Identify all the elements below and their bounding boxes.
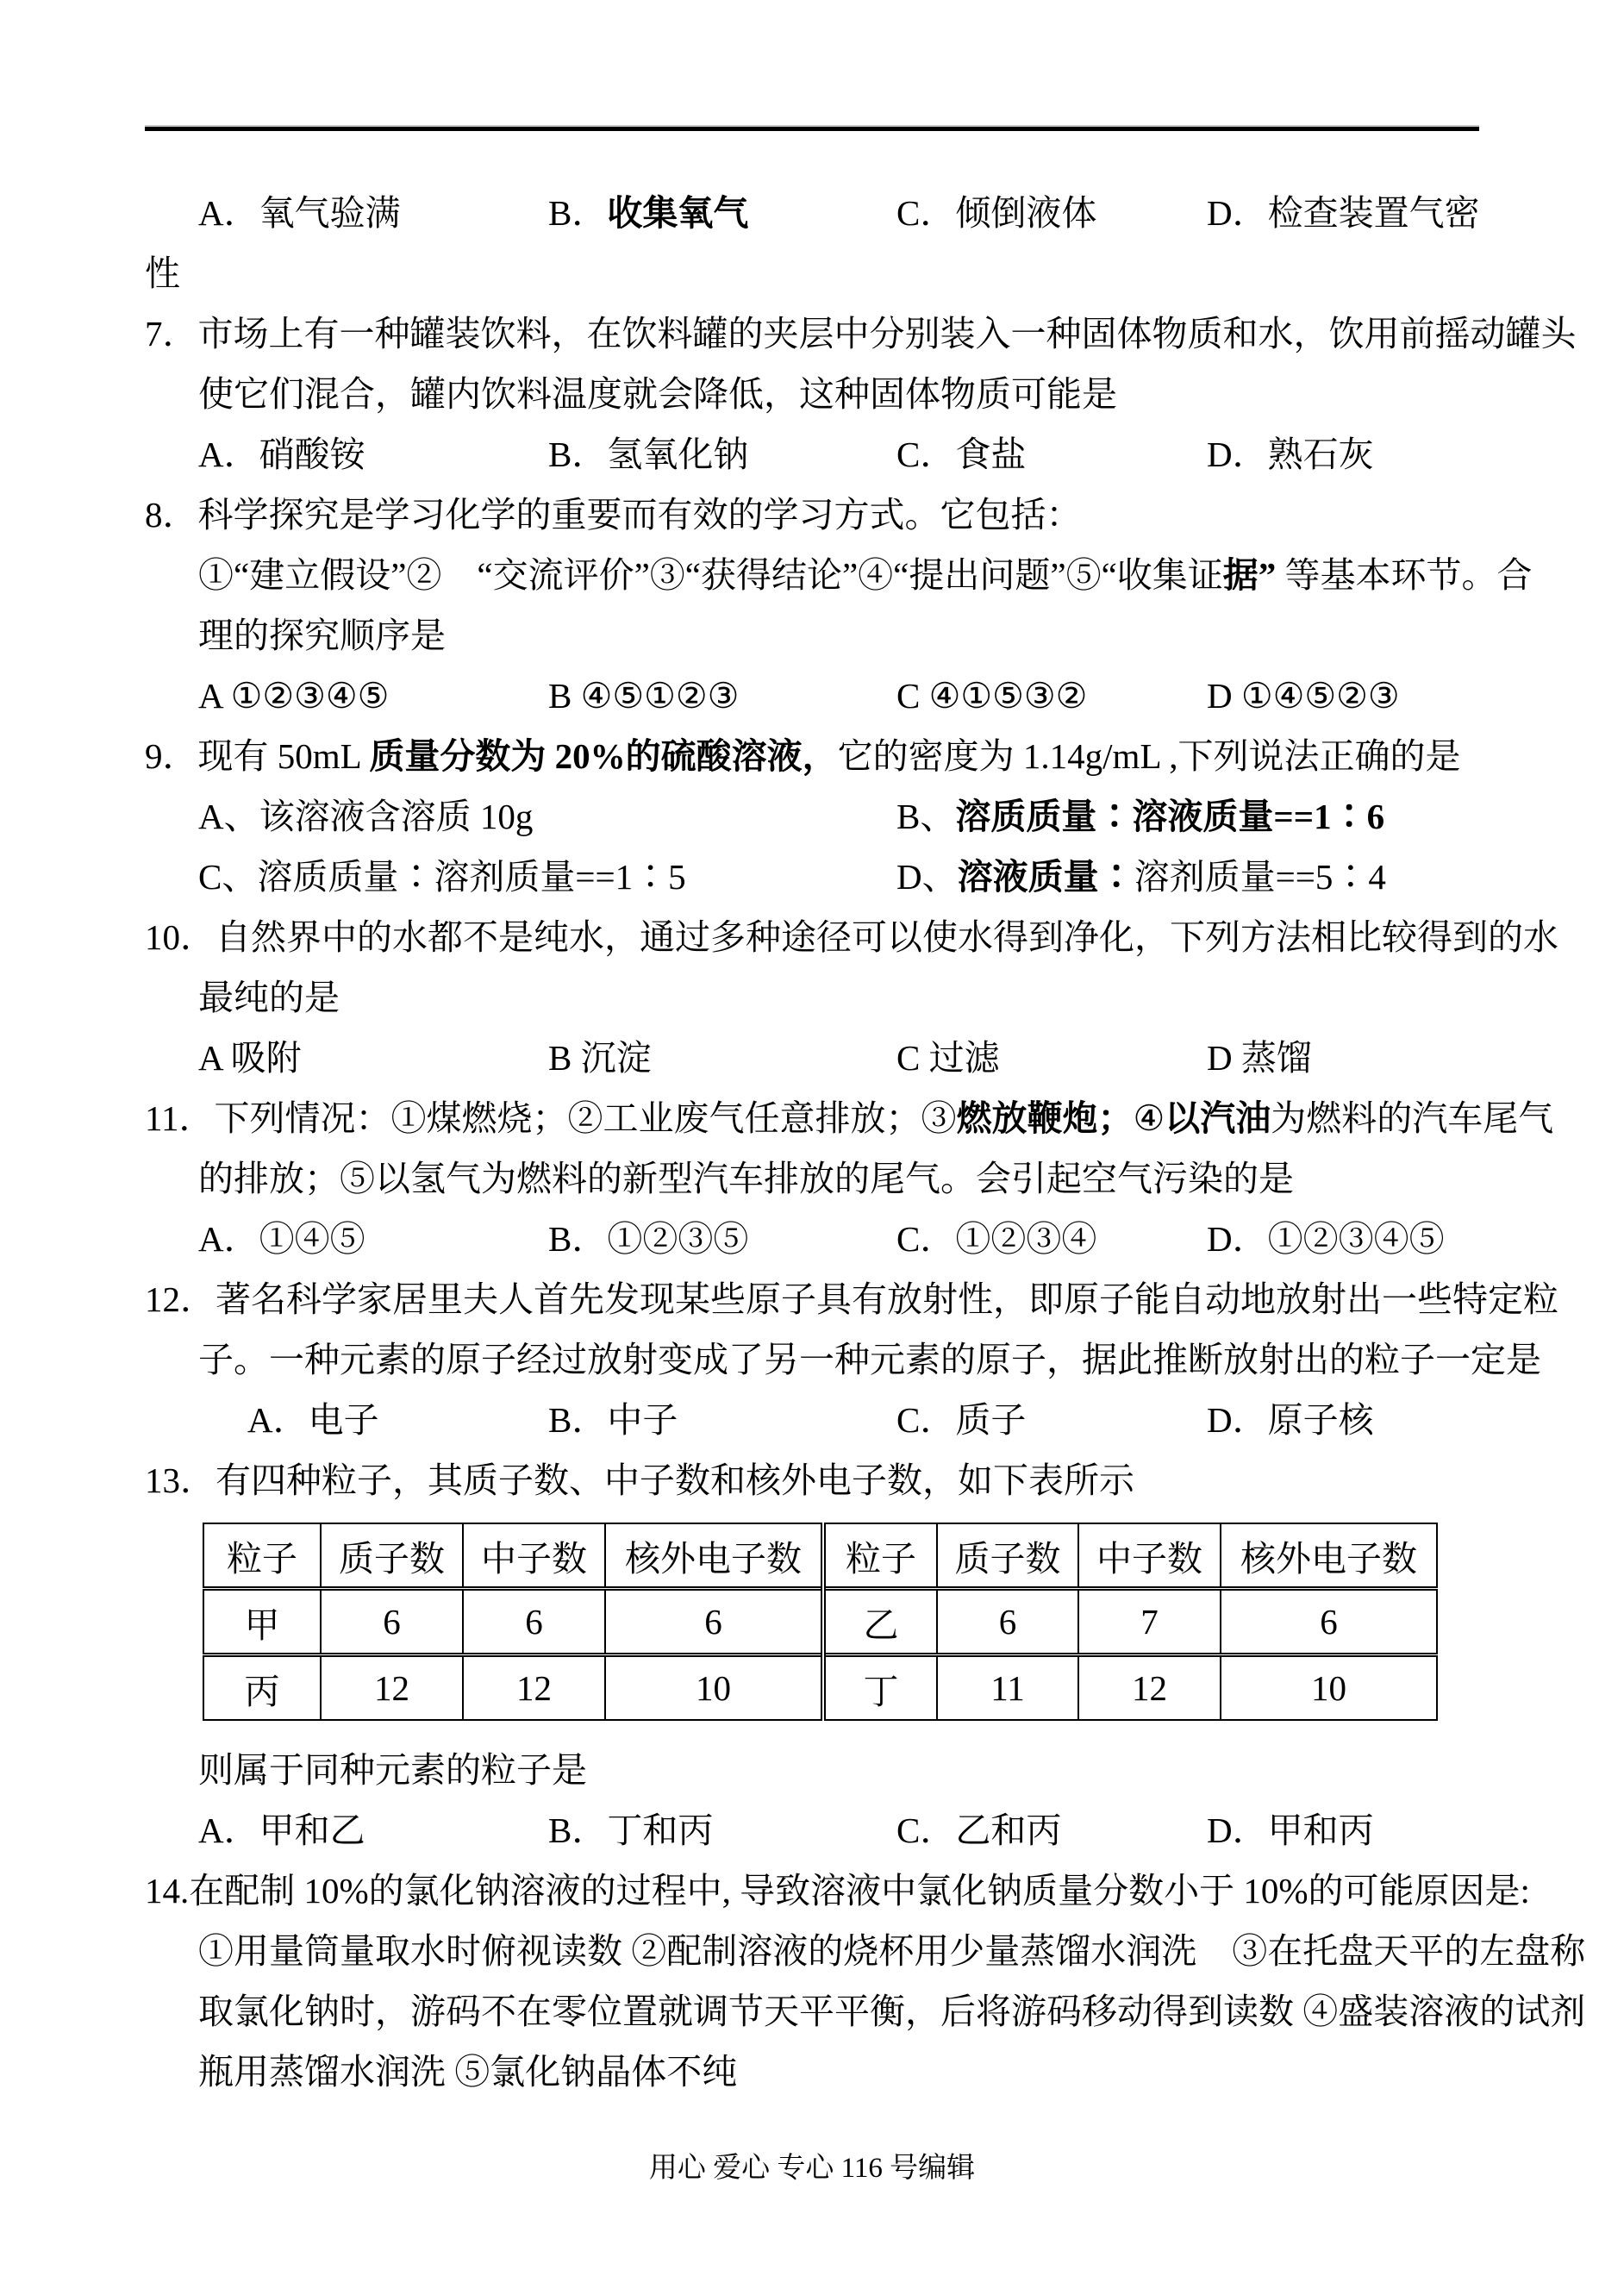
text-run: 质量分数为 20%的硫酸溶液， [369,736,837,776]
table-cell: 10 [1221,1655,1437,1721]
q9-option-a: A、该溶液含溶质 10g [198,786,533,847]
text-run: A、该溶液含溶质 10g [198,797,533,836]
text-run: 等基本环节。合 [1276,555,1532,595]
q6-option-d: D．检查装置气密 [1207,183,1480,243]
text-run: 据” [1223,555,1277,595]
q11-option-a: A．①④⑤ [198,1209,365,1269]
text-run: ①用量筒量取水时俯视读数 ②配制溶液的烧杯用少量蒸馏水润洗 ③在托盘天平的左盘称 [198,1931,1585,1971]
q12-stem-line-2: 子。一种元素的原子经过放射变成了另一种元素的原子，据此推断放射出的粒子一定是 [145,1329,1483,1390]
q6-option-b: B．收集氧气 [548,183,748,243]
text-run: C 过滤 [896,1038,1000,1078]
table-header-cell: 核外电子数 [1221,1523,1437,1589]
text-run: C．乙和丙 [896,1810,1061,1850]
header-rule [145,125,1479,131]
table-cell: 12 [463,1655,605,1721]
text-run: 则属于同种元素的粒子是 [198,1750,587,1790]
document-content: A．氧气验满B．收集氧气C．倾倒液体D．检查装置气密性7．市场上有一种罐装饮料，… [145,183,1483,2102]
q9-options-row-1: A、该溶液含溶质 10gB、溶质质量∶溶液质量==1∶6 [145,786,1483,847]
q7-stem-line-1: 7．市场上有一种罐装饮料，在饮料罐的夹层中分别装入一种固体物质和水，饮用前摇动罐… [145,303,1483,364]
text-run: 燃放鞭炮； [956,1098,1133,1138]
q9-option-c: C、溶质质量∶溶剂质量==1∶5 [198,847,686,907]
text-run: B、 [896,797,955,836]
q13-stem: 13．有四种粒子，其质子数、中子数和核外电子数，如下表所示 [145,1450,1483,1510]
q11-options-row: A．①④⑤B．①②③⑤C．①②③④D．①②③④⑤ [145,1209,1483,1269]
table-cell: 11 [937,1655,1078,1721]
text-run: 性 [145,253,180,293]
text-run: 8．科学探究是学习化学的重要而有效的学习方式。它包括： [145,495,1082,535]
q8-option-c: C ④①⑤③② [896,666,1087,726]
table-cell: 6 [605,1589,823,1655]
q12-option-a: A．电子 [247,1390,379,1450]
text-run: B．①②③⑤ [548,1219,748,1259]
table-cell: 10 [605,1655,823,1721]
table-cell: 6 [1221,1589,1437,1655]
page-footer: 用心 爱心 专心 116 号编辑 [0,2138,1624,2198]
q7-option-b: B．氢氧化钠 [548,424,748,485]
text-run: A 吸附 [198,1038,302,1078]
q13-options-row: A．甲和乙B．丁和丙C．乙和丙D．甲和丙 [145,1800,1483,1860]
text-run: C、溶质质量∶溶剂质量==1∶5 [198,857,686,897]
q13-particles-table: 粒子质子数中子数核外电子数粒子质子数中子数核外电子数甲666乙676丙12121… [203,1523,1438,1721]
q13-option-a: A．甲和乙 [198,1800,365,1860]
table-header-cell: 中子数 [463,1523,605,1589]
text-run: D．①②③④⑤ [1207,1219,1445,1259]
text-run: A ①②③④⑤ [198,676,389,716]
text-run: 10．自然界中的水都不是纯水，通过多种途径可以使水得到净化，下列方法相比较得到的… [145,917,1558,957]
table-cell: 丁 [823,1655,937,1721]
q11-stem-line-1: 11．下列情况：①煤燃烧；②工业废气任意排放；③燃放鞭炮；④以汽油为燃料的汽车尾… [145,1088,1483,1148]
q14-stem-line-1: 14.在配制 10%的氯化钠溶液的过程中, 导致溶液中氯化钠质量分数小于 10%… [145,1860,1483,1921]
text-run: C．食盐 [896,435,1026,474]
text-run: 以汽油 [1165,1098,1271,1138]
text-run: B 沉淀 [548,1038,652,1078]
text-run: B．氢氧化钠 [548,435,748,474]
q8-stem-line-2: ①“建立假设”② “交流评价”③“获得结论”④“提出问题”⑤“收集证据” 等基本… [145,545,1483,605]
table-cell: 6 [937,1589,1078,1655]
q12-option-d: D．原子核 [1207,1390,1374,1450]
q14-stem-line-4: 瓶用蒸馏水润洗 ⑤氯化钠晶体不纯 [145,2042,1483,2102]
text-run: D．甲和丙 [1207,1810,1374,1850]
text-run: D．熟石灰 [1207,435,1374,474]
text-run: 的排放；⑤以氢气为燃料的新型汽车排放的尾气。会引起空气污染的是 [198,1159,1294,1198]
q6-option-c: C．倾倒液体 [896,183,1096,243]
q13-option-c: C．乙和丙 [896,1800,1061,1860]
text-run: 瓶用蒸馏水润洗 ⑤氯化钠晶体不纯 [198,2052,737,2092]
q9-stem: 9．现有 50mL 质量分数为 20%的硫酸溶液，它的密度为 1.14g/mL … [145,726,1483,786]
q10-stem-line-2: 最纯的是 [145,967,1483,1028]
text-run: C．倾倒液体 [896,193,1096,233]
text-run: 使它们混合，罐内饮料温度就会降低，这种固体物质可能是 [198,374,1117,414]
text-run: 最纯的是 [198,978,340,1017]
text-run: D ①④⑤②③ [1207,676,1400,716]
q10-option-c: C 过滤 [896,1028,1000,1088]
table-header-cell: 粒子 [203,1523,321,1589]
text-run: 溶质质量∶溶液质量==1∶6 [955,797,1384,836]
q10-option-b: B 沉淀 [548,1028,652,1088]
q13-option-d: D．甲和丙 [1207,1800,1374,1860]
q6-options-row: A．氧气验满B．收集氧气C．倾倒液体D．检查装置气密 [145,183,1483,243]
table-cell: 丙 [203,1655,321,1721]
q6-option-a: A．氧气验满 [198,183,401,243]
text-run: 溶液质量∶ [958,857,1134,897]
q6-option-d-wrap: 性 [145,243,1483,303]
table-header-cell: 质子数 [321,1523,463,1589]
q7-option-d: D．熟石灰 [1207,424,1374,485]
text-run: 7．市场上有一种罐装饮料，在饮料罐的夹层中分别装入一种固体物质和水，饮用前摇动罐… [145,314,1577,353]
text-run: 它的密度为 1.14g/mL ,下列说法正确的是 [838,736,1461,776]
text-run: A．甲和乙 [198,1810,365,1850]
text-run: D．原子核 [1207,1400,1374,1440]
exam-document-page: A．氧气验满B．收集氧气C．倾倒液体D．检查装置气密性7．市场上有一种罐装饮料，… [0,0,1624,2295]
text-run: A．电子 [247,1400,379,1440]
table-cell: 7 [1078,1589,1221,1655]
text-run: D、 [896,857,958,897]
q12-options-row: A．电子B．中子C．质子D．原子核 [145,1390,1483,1450]
text-run: C．①②③④ [896,1219,1096,1259]
text-run: 13．有四种粒子，其质子数、中子数和核外电子数，如下表所示 [145,1460,1134,1500]
text-run: C ④①⑤③② [896,676,1087,716]
text-run: B． [548,193,607,233]
q13-option-b: B．丁和丙 [548,1800,713,1860]
text-run: ①“建立假设”② “交流评价”③“获得结论”④“提出问题”⑤“收集证 [198,555,1223,595]
table-cell: 乙 [823,1589,937,1655]
q9-options-row-2: C、溶质质量∶溶剂质量==1∶5D、溶液质量∶溶剂质量==5∶4 [145,847,1483,907]
table-cell: 12 [1078,1655,1221,1721]
footer-text: 用心 爱心 专心 116 号编辑 [649,2153,975,2184]
q11-option-c: C．①②③④ [896,1209,1096,1269]
text-run: C．质子 [896,1400,1026,1440]
text-run: A．硝酸铵 [198,435,365,474]
text-run: 14.在配制 10%的氯化钠溶液的过程中, 导致溶液中氯化钠质量分数小于 10%… [145,1871,1530,1910]
q12-option-b: B．中子 [548,1390,678,1450]
q10-option-d: D 蒸馏 [1207,1028,1312,1088]
q7-option-c: C．食盐 [896,424,1026,485]
q9-option-d: D、溶液质量∶溶剂质量==5∶4 [896,847,1386,907]
q7-stem-line-2: 使它们混合，罐内饮料温度就会降低，这种固体物质可能是 [145,364,1483,424]
q10-option-a: A 吸附 [198,1028,302,1088]
text-run: 11．下列情况：①煤燃烧；②工业废气任意排放；③ [145,1098,956,1138]
q10-options-row: A 吸附B 沉淀C 过滤D 蒸馏 [145,1028,1483,1088]
text-run: B ④⑤①②③ [548,676,739,716]
text-run: B．丁和丙 [548,1810,713,1850]
text-run: A．氧气验满 [198,193,401,233]
table-cell: 6 [463,1589,605,1655]
text-run: 9．现有 50mL [145,736,369,776]
text-run: ④ [1133,1098,1165,1138]
q11-stem-line-2: 的排放；⑤以氢气为燃料的新型汽车排放的尾气。会引起空气污染的是 [145,1148,1483,1209]
q11-option-b: B．①②③⑤ [548,1209,748,1269]
table-cell: 12 [321,1655,463,1721]
text-run: 收集氧气 [607,193,748,233]
q13-stem-line-2: 则属于同种元素的粒子是 [145,1740,1483,1800]
table-header-cell: 粒子 [823,1523,937,1589]
table-header-cell: 中子数 [1078,1523,1221,1589]
text-run: 12．著名科学家居里夫人首先发现某些原子具有放射性，即原子能自动地放射出一些特定… [145,1279,1558,1319]
text-run: 为燃料的汽车尾气 [1271,1098,1553,1138]
text-run: D 蒸馏 [1207,1038,1312,1078]
table-cell: 6 [321,1589,463,1655]
text-run: 溶剂质量==5∶4 [1134,857,1386,897]
q8-stem-line-3: 理的探究顺序是 [145,605,1483,666]
q8-option-b: B ④⑤①②③ [548,666,739,726]
q12-stem-line-1: 12．著名科学家居里夫人首先发现某些原子具有放射性，即原子能自动地放射出一些特定… [145,1269,1483,1329]
q8-options-row: A ①②③④⑤B ④⑤①②③C ④①⑤③②D ①④⑤②③ [145,666,1483,726]
table-header-cell: 核外电子数 [605,1523,823,1589]
text-run: A．①④⑤ [198,1219,365,1259]
table-cell: 甲 [203,1589,321,1655]
q14-stem-line-3: 取氯化钠时，游码不在零位置就调节天平平衡，后将游码移动得到读数 ④盛装溶液的试剂 [145,1981,1483,2042]
text-run: 子。一种元素的原子经过放射变成了另一种元素的原子，据此推断放射出的粒子一定是 [198,1340,1541,1379]
text-run: D．检查装置气密 [1207,193,1480,233]
q10-stem-line-1: 10．自然界中的水都不是纯水，通过多种途径可以使水得到净化，下列方法相比较得到的… [145,907,1483,967]
text-run: 取氯化钠时，游码不在零位置就调节天平平衡，后将游码移动得到读数 ④盛装溶液的试剂 [198,1992,1585,2031]
text-run: 理的探究顺序是 [198,616,446,655]
text-run: B．中子 [548,1400,678,1440]
table-header-cell: 质子数 [937,1523,1078,1589]
q7-options-row: A．硝酸铵B．氢氧化钠C．食盐D．熟石灰 [145,424,1483,485]
q8-option-d: D ①④⑤②③ [1207,666,1400,726]
q9-option-b: B、溶质质量∶溶液质量==1∶6 [896,786,1384,847]
q7-option-a: A．硝酸铵 [198,424,365,485]
q11-option-d: D．①②③④⑤ [1207,1209,1445,1269]
q8-option-a: A ①②③④⑤ [198,666,389,726]
q14-stem-line-2: ①用量筒量取水时俯视读数 ②配制溶液的烧杯用少量蒸馏水润洗 ③在托盘天平的左盘称 [145,1921,1483,1981]
q8-stem-line-1: 8．科学探究是学习化学的重要而有效的学习方式。它包括： [145,485,1483,545]
q12-option-c: C．质子 [896,1390,1026,1450]
